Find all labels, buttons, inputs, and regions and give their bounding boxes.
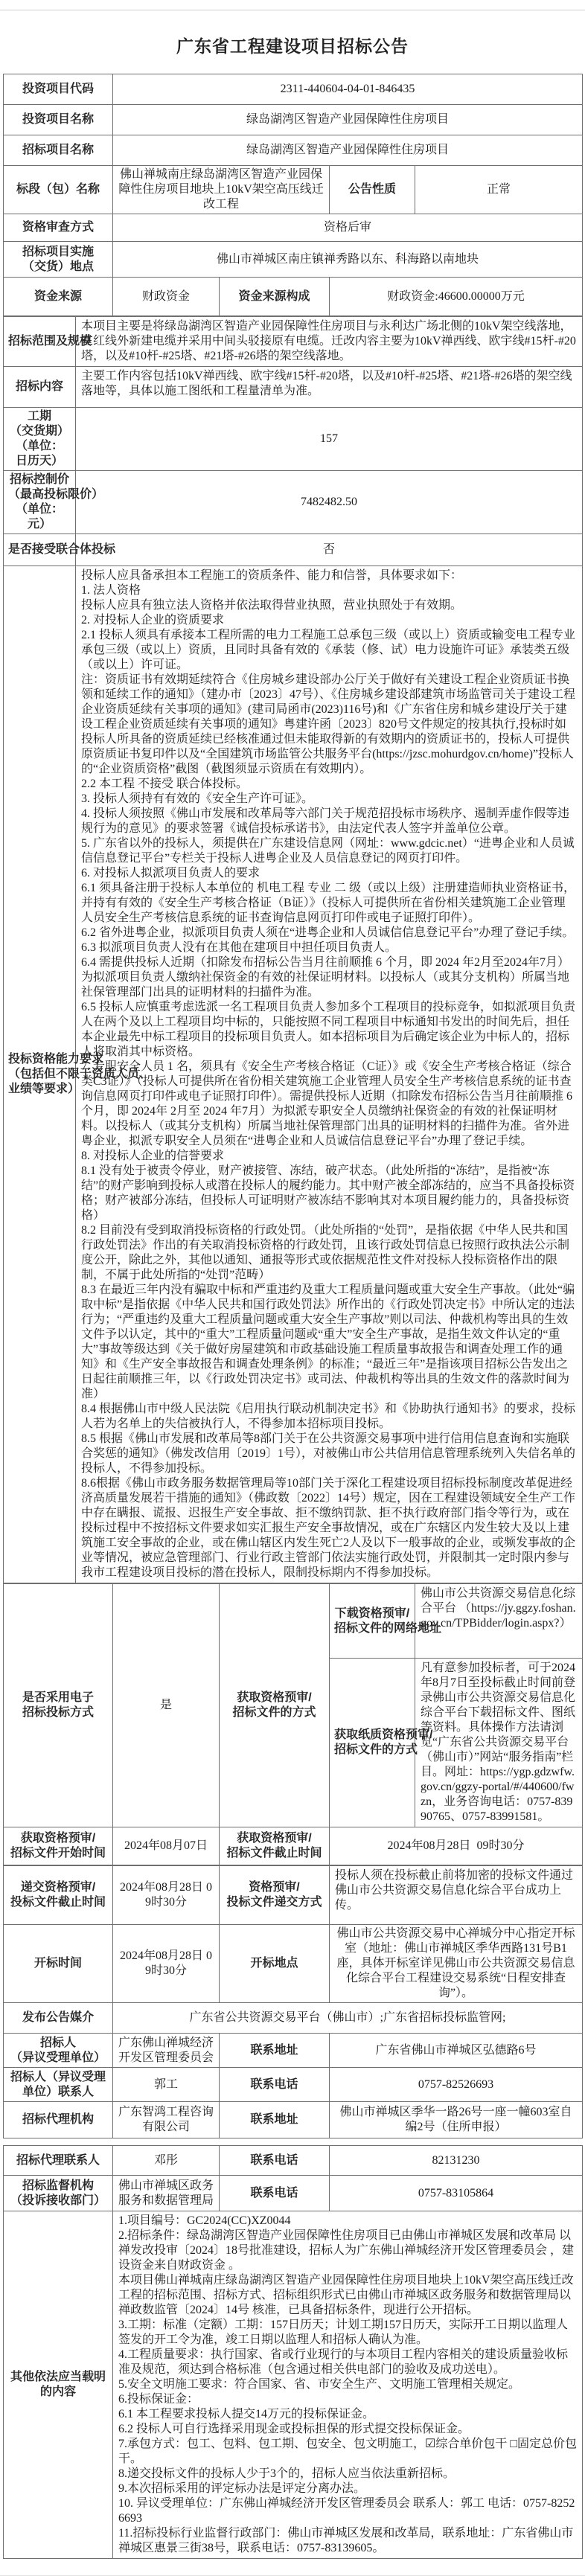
row-location-label: 招标项目实施 （交货）地点 (4, 242, 113, 278)
table-gap (0, 2138, 585, 2145)
row-ceiling-price-label: 招标控制价（最高投标限价）（单位：元） (4, 471, 76, 534)
row-submit-method-label: 资格预审/投标文件递交方式 (220, 1866, 330, 1925)
row-paper-method-value: 凡有意参加投标者，可于2024 年8月7日至投标截止时间前登录佛山市公共资源交易… (415, 1659, 583, 1827)
row-obtain-start-value: 2024年08月07日 (113, 1827, 220, 1865)
row-consortium-label: 是否接受联合体投标 (4, 534, 76, 566)
table-row: 工期（交货期） （单位：日历天） 157 (4, 408, 583, 471)
row-qualification-label: 投标资格能力要求（包括但不限于资质人员、业绩等要求） (4, 566, 76, 1583)
row-funds-composition-value: 财政资金:46600.00000万元 (330, 278, 583, 316)
table-row: 招标代理机构 广东智鸿工程咨询有限公司 联系地址 佛山市禅城区季华一路26号一座… (4, 2102, 583, 2138)
table-row: 招标项目实施 （交货）地点 佛山市禅城区南庄镇禅秀路以东、科海路以南地块 (4, 242, 583, 278)
row-supervisor-phone-label: 联系电话 (220, 2176, 330, 2211)
table-row: 资格审查方式 资格后审 (4, 214, 583, 242)
row-notice-nature-value: 正常 (415, 166, 583, 214)
row-content-label: 招标内容 (4, 367, 76, 408)
table-row: 投标资格能力要求（包括但不限于资质人员、业绩等要求） 投标人应具备承担本工程施工… (4, 566, 583, 1583)
row-content-value: 主要工作内容包括10kV禅西线、欧宇线#15杆-#20塔，以及#10杆-#25塔… (76, 367, 583, 408)
table-row: 标段（包）名称 佛山禅城南庄绿岛湖湾区智造产业园保障性住房项目地块上10kV架空… (4, 166, 583, 214)
row-agency-phone-label: 联系电话 (220, 2146, 330, 2176)
table-row: 招标范围及规模 本项目主要是将绿岛湖湾区智造产业园保障性住房项目与永利达广场北侧… (4, 317, 583, 367)
row-review-label: 资格审查方式 (4, 214, 113, 242)
project-info-table: 投资项目代码 2311-440604-04-01-846435 投资项目名称 绿… (3, 74, 583, 316)
row-agency-contact-label: 招标代理联系人 (4, 2146, 113, 2176)
row-funds-label: 资金来源 (4, 278, 113, 316)
row-ebidding-value: 是 (113, 1584, 220, 1827)
row-download-url-value: 佛山市公共资源交易信息化综合平台 （https://jy.ggzy.foshan… (415, 1584, 583, 1659)
page-title: 广东省工程建设项目招标公告 (0, 33, 585, 57)
row-ceiling-price-value: 7482482.50 (76, 471, 583, 534)
row-tenderer-contact-value: 郭工 (113, 2068, 220, 2102)
row-agency-contact-value: 邓彤 (113, 2146, 220, 2176)
table-row: 发布公告媒介 广东省公共资源交易平台（佛山市）;广东省招标投标监管网; (4, 2003, 583, 2034)
row-qualification-value: 投标人应具备承担本工程施工的资质条件、能力和信誉，具体要求如下： 1. 法人资格… (76, 566, 583, 1583)
row-obtain-start-label: 获取资格预审/招标文件开始时间 (4, 1827, 113, 1865)
row-tenderer-phone-label: 联系电话 (220, 2068, 330, 2102)
row-media-label: 发布公告媒介 (4, 2003, 113, 2034)
submission-parties-table: 递交资格预审/投标文件截止时间 2024年08月28日 09时30分 资格预审/… (3, 1865, 583, 2138)
row-agency-phone-value: 82131230 (330, 2146, 583, 2176)
supervision-other-table: 招标代理联系人 邓彤 联系电话 82131230 招标监督机构 （投诉接收部门）… (3, 2145, 583, 2559)
top-divider (0, 10, 585, 10)
row-media-value: 广东省公共资源交易平台（佛山市）;广东省招标投标监管网; (113, 2003, 583, 2034)
row-funds-composition-label: 资金来源构成 (220, 278, 330, 316)
ebidding-table: 是否采用电子 招标投标方式 是 获取资格预审/招标文件的方式 下载资格预审/招标… (3, 1583, 583, 1865)
scope-requirements-table: 招标范围及规模 本项目主要是将绿岛湖湾区智造产业园保障性住房项目与永利达广场北侧… (3, 316, 583, 1583)
row-obtain-method-label: 获取资格预审/招标文件的方式 (220, 1584, 330, 1827)
row-agency-label: 招标代理机构 (4, 2102, 113, 2138)
row-opening-time-label: 开标时间 (4, 1925, 113, 2003)
table-row: 招标控制价（最高投标限价）（单位：元） 7482482.50 (4, 471, 583, 534)
row-code-label: 投资项目代码 (4, 74, 113, 105)
row-agency-address-value: 佛山市禅城区季华一路26号一座一幢603室自编2号（住所申报） (330, 2102, 583, 2138)
row-submit-deadline-label: 递交资格预审/投标文件截止时间 (4, 1866, 113, 1925)
row-consortium-value: 否 (76, 534, 583, 566)
table-row: 递交资格预审/投标文件截止时间 2024年08月28日 09时30分 资格预审/… (4, 1866, 583, 1925)
row-investment-name-label: 投资项目名称 (4, 105, 113, 135)
row-supervisor-phone-value: 0757-83105864 (330, 2176, 583, 2211)
table-row: 是否采用电子 招标投标方式 是 获取资格预审/招标文件的方式 下载资格预审/招标… (4, 1584, 583, 1659)
row-tenderer-address-label: 联系地址 (220, 2034, 330, 2068)
row-section-value: 佛山禅城南庄绿岛湖湾区智造产业园保障性住房项目地块上10kV架空高压线迁改工程 (113, 166, 330, 214)
row-opening-place-value: 佛山市公共资源交易中心禅城分中心指定开标室（地址：佛山市禅城区季华西路131号B… (330, 1925, 583, 2003)
table-row: 招标人（异议受理 单位）联系人 郭工 联系电话 0757-82526693 (4, 2068, 583, 2102)
row-investment-name-value: 绿岛湖湾区智造产业园保障性住房项目 (113, 105, 583, 135)
row-download-url-label: 下载资格预审/招标文件的网络地址 (330, 1584, 415, 1659)
row-notice-nature-label: 公告性质 (330, 166, 415, 214)
row-tender-name-value: 绿岛湖湾区智造产业园保障性住房项目 (113, 135, 583, 166)
table-row: 开标时间 2024年08月28日 09时30分 开标地点 佛山市公共资源交易中心… (4, 1925, 583, 2003)
row-agency-address-label: 联系地址 (220, 2102, 330, 2138)
table-row: 是否接受联合体投标 否 (4, 534, 583, 566)
row-supervisor-value: 佛山市禅城区政务服务和数据管理局 (113, 2176, 220, 2211)
row-location-value: 佛山市禅城区南庄镇禅秀路以东、科海路以南地块 (113, 242, 583, 278)
row-paper-method-label: 获取纸质资格预审/招标文件的方式 (330, 1659, 415, 1827)
row-tenderer-address-value: 广东省佛山市禅城区弘德路6号 (330, 2034, 583, 2068)
row-tenderer-value: 广东佛山禅城经济开发区管理委员会 (113, 2034, 220, 2068)
row-tender-name-label: 招标项目名称 (4, 135, 113, 166)
row-obtain-end-label: 获取资格预审/招标文件截止时间 (220, 1827, 330, 1865)
row-scope-label: 招标范围及规模 (4, 317, 76, 367)
row-funds-value: 财政资金 (113, 278, 220, 316)
table-row: 其他依法应当载明 的内容 1.项目编号：GC2024(CC)XZ0044 2.招… (4, 2211, 583, 2559)
table-row: 招标内容 主要工作内容包括10kV禅西线、欧宇线#15杆-#20塔，以及#10杆… (4, 367, 583, 408)
row-review-value: 资格后审 (113, 214, 583, 242)
table-row: 招标项目名称 绿岛湖湾区智造产业园保障性住房项目 (4, 135, 583, 166)
row-ebidding-label: 是否采用电子 招标投标方式 (4, 1584, 113, 1827)
table-row: 招标监督机构 （投诉接收部门） 佛山市禅城区政务服务和数据管理局 联系电话 07… (4, 2176, 583, 2211)
row-supervisor-label: 招标监督机构 （投诉接收部门） (4, 2176, 113, 2211)
row-section-label: 标段（包）名称 (4, 166, 113, 214)
row-duration-label: 工期（交货期） （单位：日历天） (4, 408, 76, 471)
row-tenderer-label: 招标人 （异议受理单位） (4, 2034, 113, 2068)
row-tenderer-phone-value: 0757-82526693 (330, 2068, 583, 2102)
table-row: 资金来源 财政资金 资金来源构成 财政资金:46600.00000万元 (4, 278, 583, 316)
table-row: 招标代理联系人 邓彤 联系电话 82131230 (4, 2146, 583, 2176)
row-duration-value: 157 (76, 408, 583, 471)
table-row: 投资项目名称 绿岛湖湾区智造产业园保障性住房项目 (4, 105, 583, 135)
row-obtain-end-value: 2024年08月28日 09时30分 (330, 1827, 583, 1865)
tender-announcement-page: 广东省工程建设项目招标公告 投资项目代码 2311-440604-04-01-8… (0, 10, 585, 2576)
row-scope-value: 本项目主要是将绿岛湖湾区智造产业园保障性住房项目与永利达广场北侧的10kV架空线… (76, 317, 583, 367)
row-submit-deadline-value: 2024年08月28日 09时30分 (113, 1866, 220, 1925)
table-row: 获取资格预审/招标文件开始时间 2024年08月07日 获取资格预审/招标文件截… (4, 1827, 583, 1865)
row-other-label: 其他依法应当载明 的内容 (4, 2211, 113, 2559)
table-row: 投资项目代码 2311-440604-04-01-846435 (4, 74, 583, 105)
row-other-value: 1.项目编号：GC2024(CC)XZ0044 2.招标条件：绿岛湖湾区智造产业… (113, 2211, 583, 2559)
row-submit-method-value: 投标人须在投标截止前将加密的投标文件通过佛山市公共资源交易信息化综合平台成功上传… (330, 1866, 583, 1925)
row-tenderer-contact-label: 招标人（异议受理 单位）联系人 (4, 2068, 113, 2102)
row-opening-time-value: 2024年08月28日 09时30分 (113, 1925, 220, 2003)
row-code-value: 2311-440604-04-01-846435 (113, 74, 583, 105)
row-agency-value: 广东智鸿工程咨询有限公司 (113, 2102, 220, 2138)
table-row: 招标人 （异议受理单位） 广东佛山禅城经济开发区管理委员会 联系地址 广东省佛山… (4, 2034, 583, 2068)
row-opening-place-label: 开标地点 (220, 1925, 330, 2003)
